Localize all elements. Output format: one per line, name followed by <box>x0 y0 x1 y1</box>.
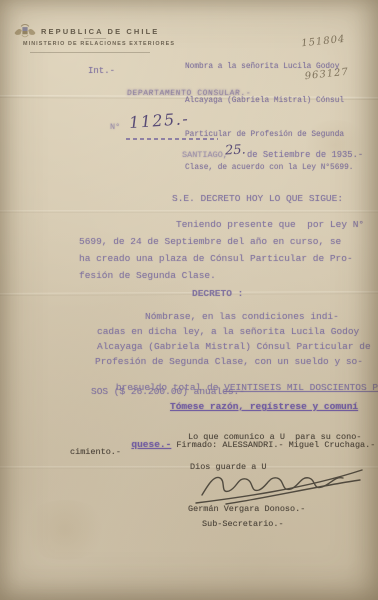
department-stamp: DEPARTAMENTO CONSULAR.- <box>127 89 252 98</box>
decree-number-value: 1125.- <box>128 109 189 132</box>
signer-title: Sub-Secretario.- <box>202 519 284 529</box>
paper-stain <box>20 500 110 560</box>
salary-amount-words: VEINTISEIS MIL DOSCIENTOS PE <box>224 382 378 393</box>
letterhead-country: REPUBLICA DE CHILE <box>41 27 159 36</box>
summary-annotation: Nombra a la señorita Lucila Godoy Alcaya… <box>185 40 367 197</box>
signer-name: Germán Vergara Donoso.- <box>188 504 305 514</box>
body-line: Teniendo presente que por Ley N° <box>176 219 364 230</box>
body-line: Profesión de Segunda Clase, con un sueld… <box>95 356 363 367</box>
tomese-razon-line: Tómese razón, regístrese y comuní <box>170 401 358 412</box>
fold-crease <box>0 291 378 296</box>
tomese-razon-continuation: quese.- <box>131 439 171 450</box>
body-line: Nómbrase, en las condiciones indi- <box>145 311 339 322</box>
decree-document-page: REPUBLICA DE CHILE MINISTERIO DE RELACIO… <box>0 0 378 600</box>
decree-number-label: N° <box>110 122 120 132</box>
margin-note: Int.- <box>88 66 115 76</box>
salutation-line: S.E. DECRETO HOY LO QUE SIGUE: <box>172 193 343 204</box>
summary-line: Clase, de acuerdo con la Ley N°5699. <box>185 163 367 174</box>
signature <box>192 463 368 509</box>
decree-heading: DECRETO : <box>192 288 243 299</box>
body-line: Lo que comunico a U para su cono- <box>188 432 361 442</box>
body-line: 5699, de 24 de Septiembre del año en cur… <box>79 236 341 247</box>
dateline-rest: de Setiembre de 1935.- <box>247 150 363 160</box>
fold-crease <box>0 210 378 213</box>
salary-amount-figures: SOS ($ 26.200.00) anuales.- <box>91 386 245 397</box>
letterhead-ornament <box>84 38 106 39</box>
decree-number-underline <box>126 138 218 140</box>
dateline-city: SANTIAGO, <box>182 150 228 160</box>
body-line: ha creado una plaza de Cónsul Particular… <box>79 253 353 264</box>
body-line: Alcayaga (Gabriela Mistral) Cónsul Parti… <box>97 341 371 352</box>
coat-of-arms-emblem <box>12 22 38 40</box>
body-line: fesión de Segunda Clase. <box>79 270 216 281</box>
dateline-day-handwritten: 25. <box>225 142 246 158</box>
body-line: cadas en dicha ley, a la señorita Lucila… <box>97 326 359 337</box>
letterhead-rule <box>30 52 150 53</box>
summary-line: Nombra a la señorita Lucila Godoy <box>185 62 367 73</box>
body-line: cimiento.- <box>70 447 121 457</box>
letterhead-ministry: MINISTERIO DE RELACIONES EXTERIORES <box>23 41 175 47</box>
